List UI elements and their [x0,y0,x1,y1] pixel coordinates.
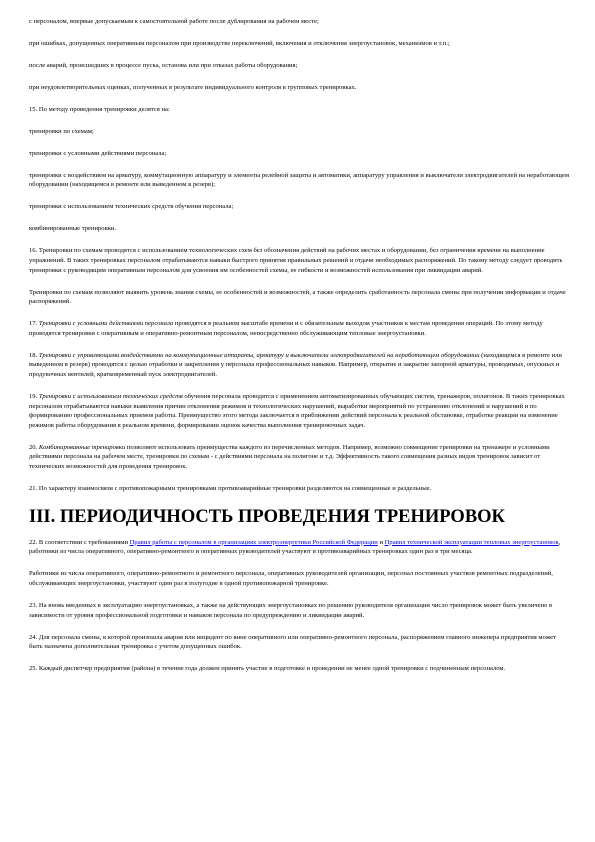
paragraph-item-17: 17. Тренировки с условными действиями пе… [29,319,569,338]
paragraph: при неудовлетворительных оценках, получе… [29,83,569,93]
paragraph: после аварий, происшедших в процессе пус… [29,61,569,71]
paragraph-item-19: 19. Тренировки с использованием техничес… [29,392,569,430]
paragraph: Тренировки по схемам позволяют выявить у… [29,288,569,307]
paragraph-item-15: 15. По методу проведения тренировки деля… [29,105,569,115]
italic-term: Комбинированные тренировки [39,444,125,451]
item-number: 19. [29,393,39,400]
paragraph-item-22: 22. В соответствии с требованиями Правил… [29,538,569,557]
item-number: 20. [29,444,39,451]
paragraph-item-18: 18. Тренировки с управляющими воздействи… [29,351,569,380]
paragraph-text: 22. В соответствии с требованиями [29,539,130,546]
section-heading: III. ПЕРИОДИЧНОСТЬ ПРОВЕДЕНИЯ ТРЕНИРОВОК [29,506,569,528]
paragraph: Работники из числа оперативного, операти… [29,569,569,588]
italic-term: Тренировки с использованием технических … [39,393,183,400]
paragraph-item-23: 23. На вновь введенных в эксплуатацию эн… [29,601,569,620]
paragraph: тренировки с условными действиями персон… [29,149,569,159]
item-number: 18. [29,352,39,359]
paragraph: тренировки по схемам; [29,127,569,137]
paragraph: с персоналом, впервые допускаемым к само… [29,17,569,27]
link-technical-operation-rules[interactable]: Правил технической эксплуатации тепловых… [385,539,559,546]
paragraph-item-24: 24. Для персонала смены, в которой произ… [29,633,569,652]
paragraph-text: и [378,539,385,546]
paragraph-item-21: 21. По характеру взаимосвязи с противопо… [29,484,569,494]
paragraph: при ошибках, допущенных оперативным перс… [29,39,569,49]
paragraph-item-16: 16. Тренировки по схемам проводятся с ис… [29,246,569,275]
italic-term: Тренировки с условными действиями персон… [39,320,173,327]
paragraph: тренировки с воздействием на арматуру, к… [29,171,569,190]
document-page: с персоналом, впервые допускаемым к само… [29,17,569,686]
paragraph-item-20: 20. Комбинированные тренировки позволяют… [29,443,569,472]
paragraph: комбинированные тренировки. [29,224,569,234]
item-number: 17. [29,320,39,327]
paragraph-item-25: 25. Каждый диспетчер предприятия (района… [29,664,569,674]
paragraph: тренировки с использованием технических … [29,202,569,212]
italic-term: Тренировки с управляющими воздействиями … [39,352,480,359]
link-personnel-rules[interactable]: Правил работы с персоналом в организация… [130,539,378,546]
